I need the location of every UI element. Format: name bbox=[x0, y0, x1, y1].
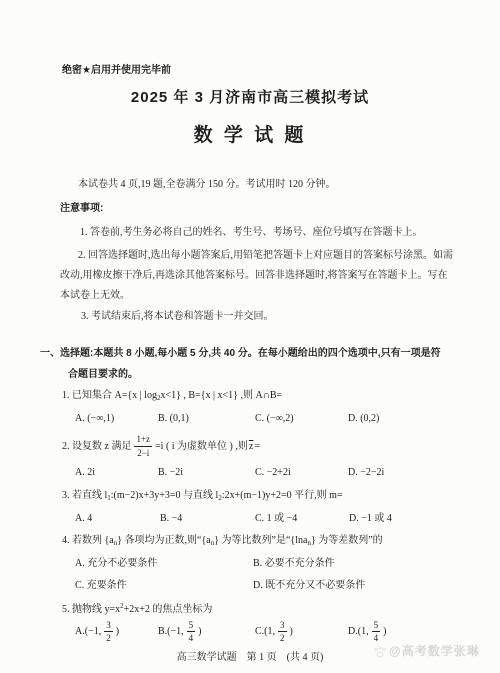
q5-option-c-fraction: 32 bbox=[278, 620, 287, 644]
q3-stem-text: 3. 若直线 l bbox=[62, 490, 107, 501]
q4-stem-text-4: } 为等差数列”的 bbox=[311, 535, 383, 546]
q3-option-d: D. −1 或 4 bbox=[349, 512, 392, 525]
question-2-stem: 2. 设复数 z 满足 1+z2−i =i ( i 为虚数单位 ) ,则 z = bbox=[62, 434, 260, 458]
q5-option-c-numerator: 3 bbox=[278, 620, 287, 632]
q5-option-b-post: ) bbox=[198, 625, 201, 638]
question-1-stem: 1. 已知集合 A={x | log2x<1} , B={x | x<1} ,则… bbox=[62, 389, 282, 403]
q4-option-c: C. 充要条件 bbox=[75, 579, 127, 592]
q3-stem-text-3: :2x+(m−1)y+2=0 平行,则 m= bbox=[222, 490, 343, 501]
q5-stem-text-2: +2x+2 的焦点坐标为 bbox=[124, 604, 213, 615]
q5-option-c-pre: (1, bbox=[264, 625, 275, 638]
q2-stem-text-3: = bbox=[254, 440, 260, 453]
q5-option-d-label: D. bbox=[348, 625, 358, 638]
q5-option-c: C. (1, 32 ) bbox=[255, 620, 293, 644]
q5-option-a-post: ) bbox=[116, 625, 119, 638]
q4-option-b: B. 必要不充分条件 bbox=[253, 557, 335, 570]
q5-option-c-post: ) bbox=[290, 625, 293, 638]
q1-option-b: B. (0,1) bbox=[158, 412, 189, 425]
q2-stem-text-2: =i ( i 为虚数单位 ) ,则 bbox=[155, 440, 248, 453]
notice-item-2-line3: 本试卷上无效。 bbox=[60, 289, 130, 302]
question-4-options-row2: C. 充要条件 D. 既不充分又不必要条件 bbox=[0, 579, 500, 595]
paper-title: 数 学 试 题 bbox=[0, 124, 500, 149]
security-label: 绝密★启用并使用完毕前 bbox=[62, 64, 171, 77]
q2-option-b: B. −2i bbox=[158, 466, 183, 479]
exam-title: 2025 年 3 月济南市高三模拟考试 bbox=[0, 88, 500, 108]
notice-item-2-line1: 2. 回答选择题时,选出每小题答案后,用铅笔把答题卡上对应题目的答案标号涂黑。如… bbox=[78, 249, 453, 262]
q4-stem-text-3: } 为等比数列”是“{lna bbox=[214, 535, 307, 546]
question-3-options: A. 4 B. −4 C. 1 或 −4 D. −1 或 4 bbox=[0, 512, 500, 528]
q5-option-b-numerator: 5 bbox=[187, 620, 196, 632]
section-1-heading-line2: 合题目要求的。 bbox=[68, 368, 138, 381]
q3-option-c: C. 1 或 −4 bbox=[255, 512, 297, 525]
q2-fraction: 1+z2−i bbox=[134, 434, 152, 458]
q4-stem-text-2: } 各项均为正数,则“{a bbox=[117, 535, 210, 546]
q5-option-d-numerator: 5 bbox=[372, 620, 381, 632]
notice-title: 注意事项: bbox=[60, 202, 103, 215]
q1-option-d: D. (0,2) bbox=[348, 412, 379, 425]
watermark-text: @高考数学张琳 bbox=[389, 644, 480, 660]
question-1-options: A. (−∞,1) B. (0,1) C. (−∞,2) D. (0,2) bbox=[0, 412, 500, 428]
q5-option-b-pre: (−1, bbox=[167, 625, 183, 638]
q5-option-a-label: A. bbox=[75, 625, 85, 638]
question-5-stem: 5. 抛物线 y=x2+2x+2 的焦点坐标为 bbox=[62, 602, 212, 616]
q5-stem-text: 5. 抛物线 y=x bbox=[62, 604, 120, 615]
notice-item-1: 1. 答卷前,考生务必将自己的姓名、考生号、考场号、座位号填写在答题卡上。 bbox=[80, 226, 423, 239]
q5-option-a-fraction: 32 bbox=[104, 620, 113, 644]
section-1-heading-line1: 一、选择题:本题共 8 小题,每小题 5 分,共 40 分。在每小题给出的四个选… bbox=[40, 347, 441, 360]
q1-stem-text: 1. 已知集合 A={x | log bbox=[62, 390, 157, 401]
q5-option-a-pre: (−1, bbox=[85, 625, 101, 638]
q5-option-d-post: ) bbox=[383, 625, 386, 638]
q1-option-a: A. (−∞,1) bbox=[75, 412, 114, 425]
q4-stem-text: 4. 若数列 {a bbox=[62, 535, 114, 546]
notice-item-3: 3. 考试结束后,将本试卷和答题卡一并交回。 bbox=[81, 310, 274, 323]
q2-fraction-denominator: 2−i bbox=[134, 447, 152, 458]
paper-summary: 本试卷共 4 页,19 题,全卷满分 150 分。考试用时 120 分钟。 bbox=[78, 178, 336, 191]
q2-option-a: A. 2i bbox=[75, 466, 95, 479]
question-4-stem: 4. 若数列 {an} 各项均为正数,则“{an} 为等比数列”是“{lnan}… bbox=[62, 534, 383, 548]
q2-stem-text: 2. 设复数 z 满足 bbox=[62, 440, 131, 453]
paw-icon bbox=[373, 645, 387, 659]
q5-option-b-denominator: 4 bbox=[187, 632, 196, 643]
q5-option-b-label: B. bbox=[158, 625, 167, 638]
q3-option-b: B. −4 bbox=[160, 512, 182, 525]
q5-option-b-fraction: 54 bbox=[187, 620, 196, 644]
q3-stem-text-2: :(m−2)x+3y+3=0 与直线 l bbox=[111, 490, 219, 501]
q5-option-d-pre: (1, bbox=[358, 625, 369, 638]
q2-conjugate-z: z bbox=[249, 440, 253, 453]
watermark: @高考数学张琳 bbox=[373, 644, 480, 660]
notice-item-2-line2: 改动,用橡皮擦干净后,再选涂其他答案标号。回答非选择题时,将答案写在答题卡上。写… bbox=[60, 269, 448, 282]
q2-option-d: D. −2−2i bbox=[348, 466, 384, 479]
q5-option-d-denominator: 4 bbox=[372, 632, 381, 643]
q5-option-a: A. (−1, 32 ) bbox=[75, 620, 119, 644]
q5-option-b: B. (−1, 54 ) bbox=[158, 620, 202, 644]
q2-option-c: C. −2+2i bbox=[255, 466, 291, 479]
q5-option-d-fraction: 54 bbox=[372, 620, 381, 644]
q5-option-a-numerator: 3 bbox=[104, 620, 113, 632]
question-4-options-row1: A. 充分不必要条件 B. 必要不充分条件 bbox=[0, 557, 500, 573]
q3-option-a: A. 4 bbox=[75, 512, 92, 525]
question-2-options: A. 2i B. −2i C. −2+2i D. −2−2i bbox=[0, 466, 500, 482]
q2-fraction-numerator: 1+z bbox=[134, 434, 152, 446]
question-5-options: A. (−1, 32 ) B. (−1, 54 ) C. (1, 32 ) D.… bbox=[0, 620, 500, 646]
q5-option-d: D. (1, 54 ) bbox=[348, 620, 386, 644]
q4-option-a: A. 充分不必要条件 bbox=[75, 557, 157, 570]
exam-paper-page: 绝密★启用并使用完毕前 2025 年 3 月济南市高三模拟考试 数 学 试 题 … bbox=[0, 0, 500, 673]
question-3-stem: 3. 若直线 l1:(m−2)x+3y+3=0 与直线 l2:2x+(m−1)y… bbox=[62, 489, 343, 503]
q5-option-a-denominator: 2 bbox=[104, 632, 113, 643]
q5-option-c-label: C. bbox=[255, 625, 264, 638]
q1-stem-text-2: x<1} , B={x | x<1} ,则 A∩B= bbox=[160, 390, 282, 401]
q5-option-c-denominator: 2 bbox=[278, 632, 287, 643]
q4-option-d: D. 既不充分又不必要条件 bbox=[253, 579, 365, 592]
q1-option-c: C. (−∞,2) bbox=[255, 412, 294, 425]
